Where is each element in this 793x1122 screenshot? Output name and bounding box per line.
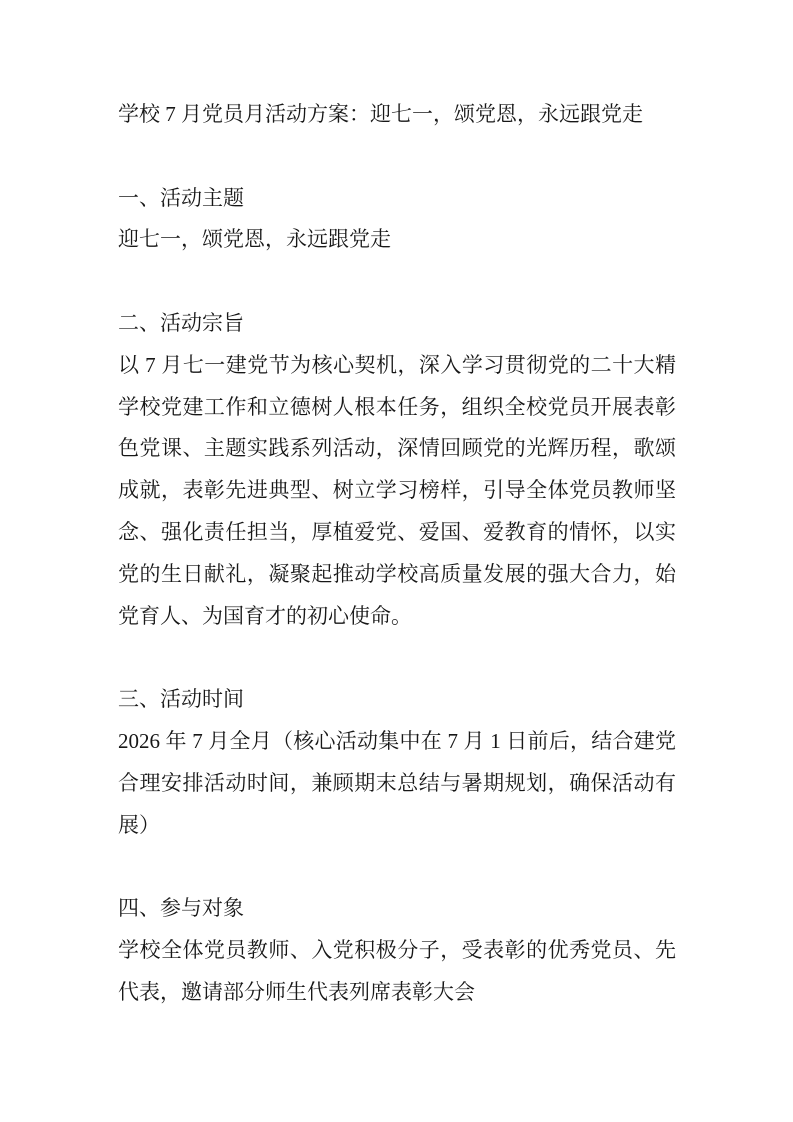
paragraph-line: 念、强化责任担当，厚植爱党、爱国、爱教育的情怀，以实际行动向 xyxy=(118,512,676,554)
paragraph-line: 以 7 月七一建党节为核心契机，深入学习贯彻党的二十大精神，结合 xyxy=(118,345,676,387)
blank-line xyxy=(118,261,676,303)
section-participants: 四、参与对象 学校全体党员教师、入党积极分子，受表彰的优秀党员、先进党组织 代表… xyxy=(118,888,676,1013)
section-4-heading: 四、参与对象 xyxy=(118,888,676,930)
paragraph-line: 色党课、主题实践系列活动，深情回顾党的光辉历程，歌颂党的伟大 xyxy=(118,428,676,470)
paragraph-line: 展） xyxy=(118,805,676,847)
section-3-heading: 三、活动时间 xyxy=(118,679,676,721)
paragraph-line: 学校党建工作和立德树人根本任务，组织全校党员开展表彰先进、红 xyxy=(118,387,676,429)
paragraph-line: 2026 年 7 月全月（核心活动集中在 7 月 1 日前后，结合建党节节点， xyxy=(118,721,676,763)
blank-line xyxy=(118,637,676,679)
paragraph-line: 党育人、为国育才的初心使命。 xyxy=(118,596,676,638)
paragraph-line: 成就，表彰先进典型、树立学习榜样，引导全体党员教师坚定理想信 xyxy=(118,470,676,512)
document-title: 学校 7 月党员月活动方案：迎七一，颂党恩，永远跟党走 xyxy=(118,94,676,136)
document-page: 学校 7 月党员月活动方案：迎七一，颂党恩，永远跟党走 一、活动主题 迎七一，颂… xyxy=(0,0,793,1122)
paragraph-line: 代表，邀请部分师生代表列席表彰大会 xyxy=(118,972,676,1014)
paragraph-line: 学校全体党员教师、入党积极分子，受表彰的优秀党员、先进党组织 xyxy=(118,930,676,972)
paragraph-line: 党的生日献礼，凝聚起推动学校高质量发展的强大合力，始终坚守为 xyxy=(118,554,676,596)
section-activity-theme: 一、活动主题 迎七一，颂党恩，永远跟党走 xyxy=(118,178,676,262)
section-2-heading: 二、活动宗旨 xyxy=(118,303,676,345)
blank-line xyxy=(118,136,676,178)
section-1-heading: 一、活动主题 xyxy=(118,178,676,220)
blank-line xyxy=(118,846,676,888)
section-activity-time: 三、活动时间 2026 年 7 月全月（核心活动集中在 7 月 1 日前后，结合… xyxy=(118,679,676,846)
section-activity-purpose: 二、活动宗旨 以 7 月七一建党节为核心契机，深入学习贯彻党的二十大精神，结合 … xyxy=(118,303,676,637)
paragraph-line: 迎七一，颂党恩，永远跟党走 xyxy=(118,219,676,261)
paragraph-line: 合理安排活动时间，兼顾期末总结与暑期规划，确保活动有序高效开 xyxy=(118,763,676,805)
